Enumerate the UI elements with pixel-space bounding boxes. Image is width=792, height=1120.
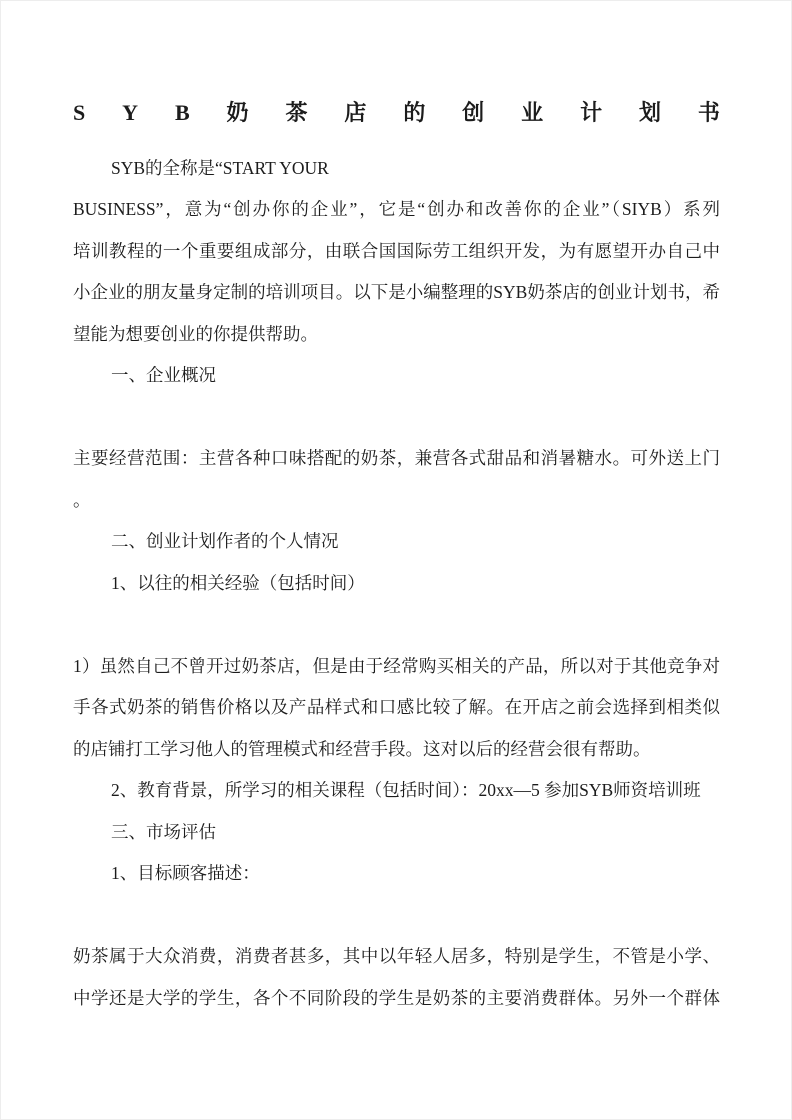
title-char: 奶 — [227, 92, 249, 134]
text-line: 望能为想要创业的你提供帮助。 — [73, 314, 720, 356]
section-heading: 一、企业概况 — [73, 355, 720, 397]
text-line: 中学还是大学的学生，各个不同阶段的学生是奶茶的主要消费群体。另外一个群体 — [73, 978, 720, 1020]
title-char: 创 — [462, 92, 484, 134]
blank-line — [73, 397, 720, 439]
document-page: SYB奶茶店的创业计划书 SYB的全称是“START YOURBUSINESS”… — [0, 0, 792, 1120]
title-char: 业 — [521, 92, 543, 134]
document-body: SYB的全称是“START YOURBUSINESS”，意为“创办你的企业”，它… — [73, 148, 720, 1020]
title-char: 店 — [344, 92, 366, 134]
section-heading: 二、创业计划作者的个人情况 — [73, 521, 720, 563]
text-line: 手各式奶茶的销售价格以及产品样式和口感比较了解。在开店之前会选择到相类似 — [73, 687, 720, 729]
text-line: SYB的全称是“START YOUR — [73, 148, 720, 190]
title-char: 计 — [580, 92, 602, 134]
title-char: 茶 — [285, 92, 307, 134]
text-line: 主要经营范围：主营各种口味搭配的奶茶，兼营各式甜品和消暑糖水。可外送上门 — [73, 438, 720, 480]
title-char: 书 — [698, 92, 720, 134]
text-line: BUSINESS”，意为“创办你的企业”，它是“创办和改善你的企业”（SIYB）… — [73, 189, 720, 231]
section-heading: 三、市场评估 — [73, 812, 720, 854]
text-line: 1）虽然自己不曾开过奶茶店，但是由于经常购买相关的产品，所以对于其他竞争对 — [73, 646, 720, 688]
text-line: 小企业的朋友量身定制的培训项目。以下是小编整理的SYB奶茶店的创业计划书，希 — [73, 272, 720, 314]
sub-heading: 1、以往的相关经验（包括时间） — [73, 563, 720, 605]
page-title: SYB奶茶店的创业计划书 — [73, 92, 720, 134]
title-char: 划 — [639, 92, 661, 134]
text-line: 的店铺打工学习他人的管理模式和经营手段。这对以后的经营会很有帮助。 — [73, 729, 720, 771]
blank-line — [73, 604, 720, 646]
blank-line — [73, 895, 720, 937]
sub-heading: 2、教育背景，所学习的相关课程（包括时间）：20xx—5 参加SYB师资培训班 — [73, 770, 720, 812]
title-char: S — [73, 92, 85, 134]
text-line: 。 — [73, 480, 720, 522]
title-char: B — [175, 92, 190, 134]
text-line: 奶茶属于大众消费，消费者甚多，其中以年轻人居多，特别是学生，不管是小学、 — [73, 936, 720, 978]
text-line: 培训教程的一个重要组成部分，由联合国国际劳工组织开发，为有愿望开办自己中 — [73, 231, 720, 273]
sub-heading: 1、目标顾客描述： — [73, 853, 720, 895]
title-char: Y — [122, 92, 138, 134]
title-char: 的 — [403, 92, 425, 134]
